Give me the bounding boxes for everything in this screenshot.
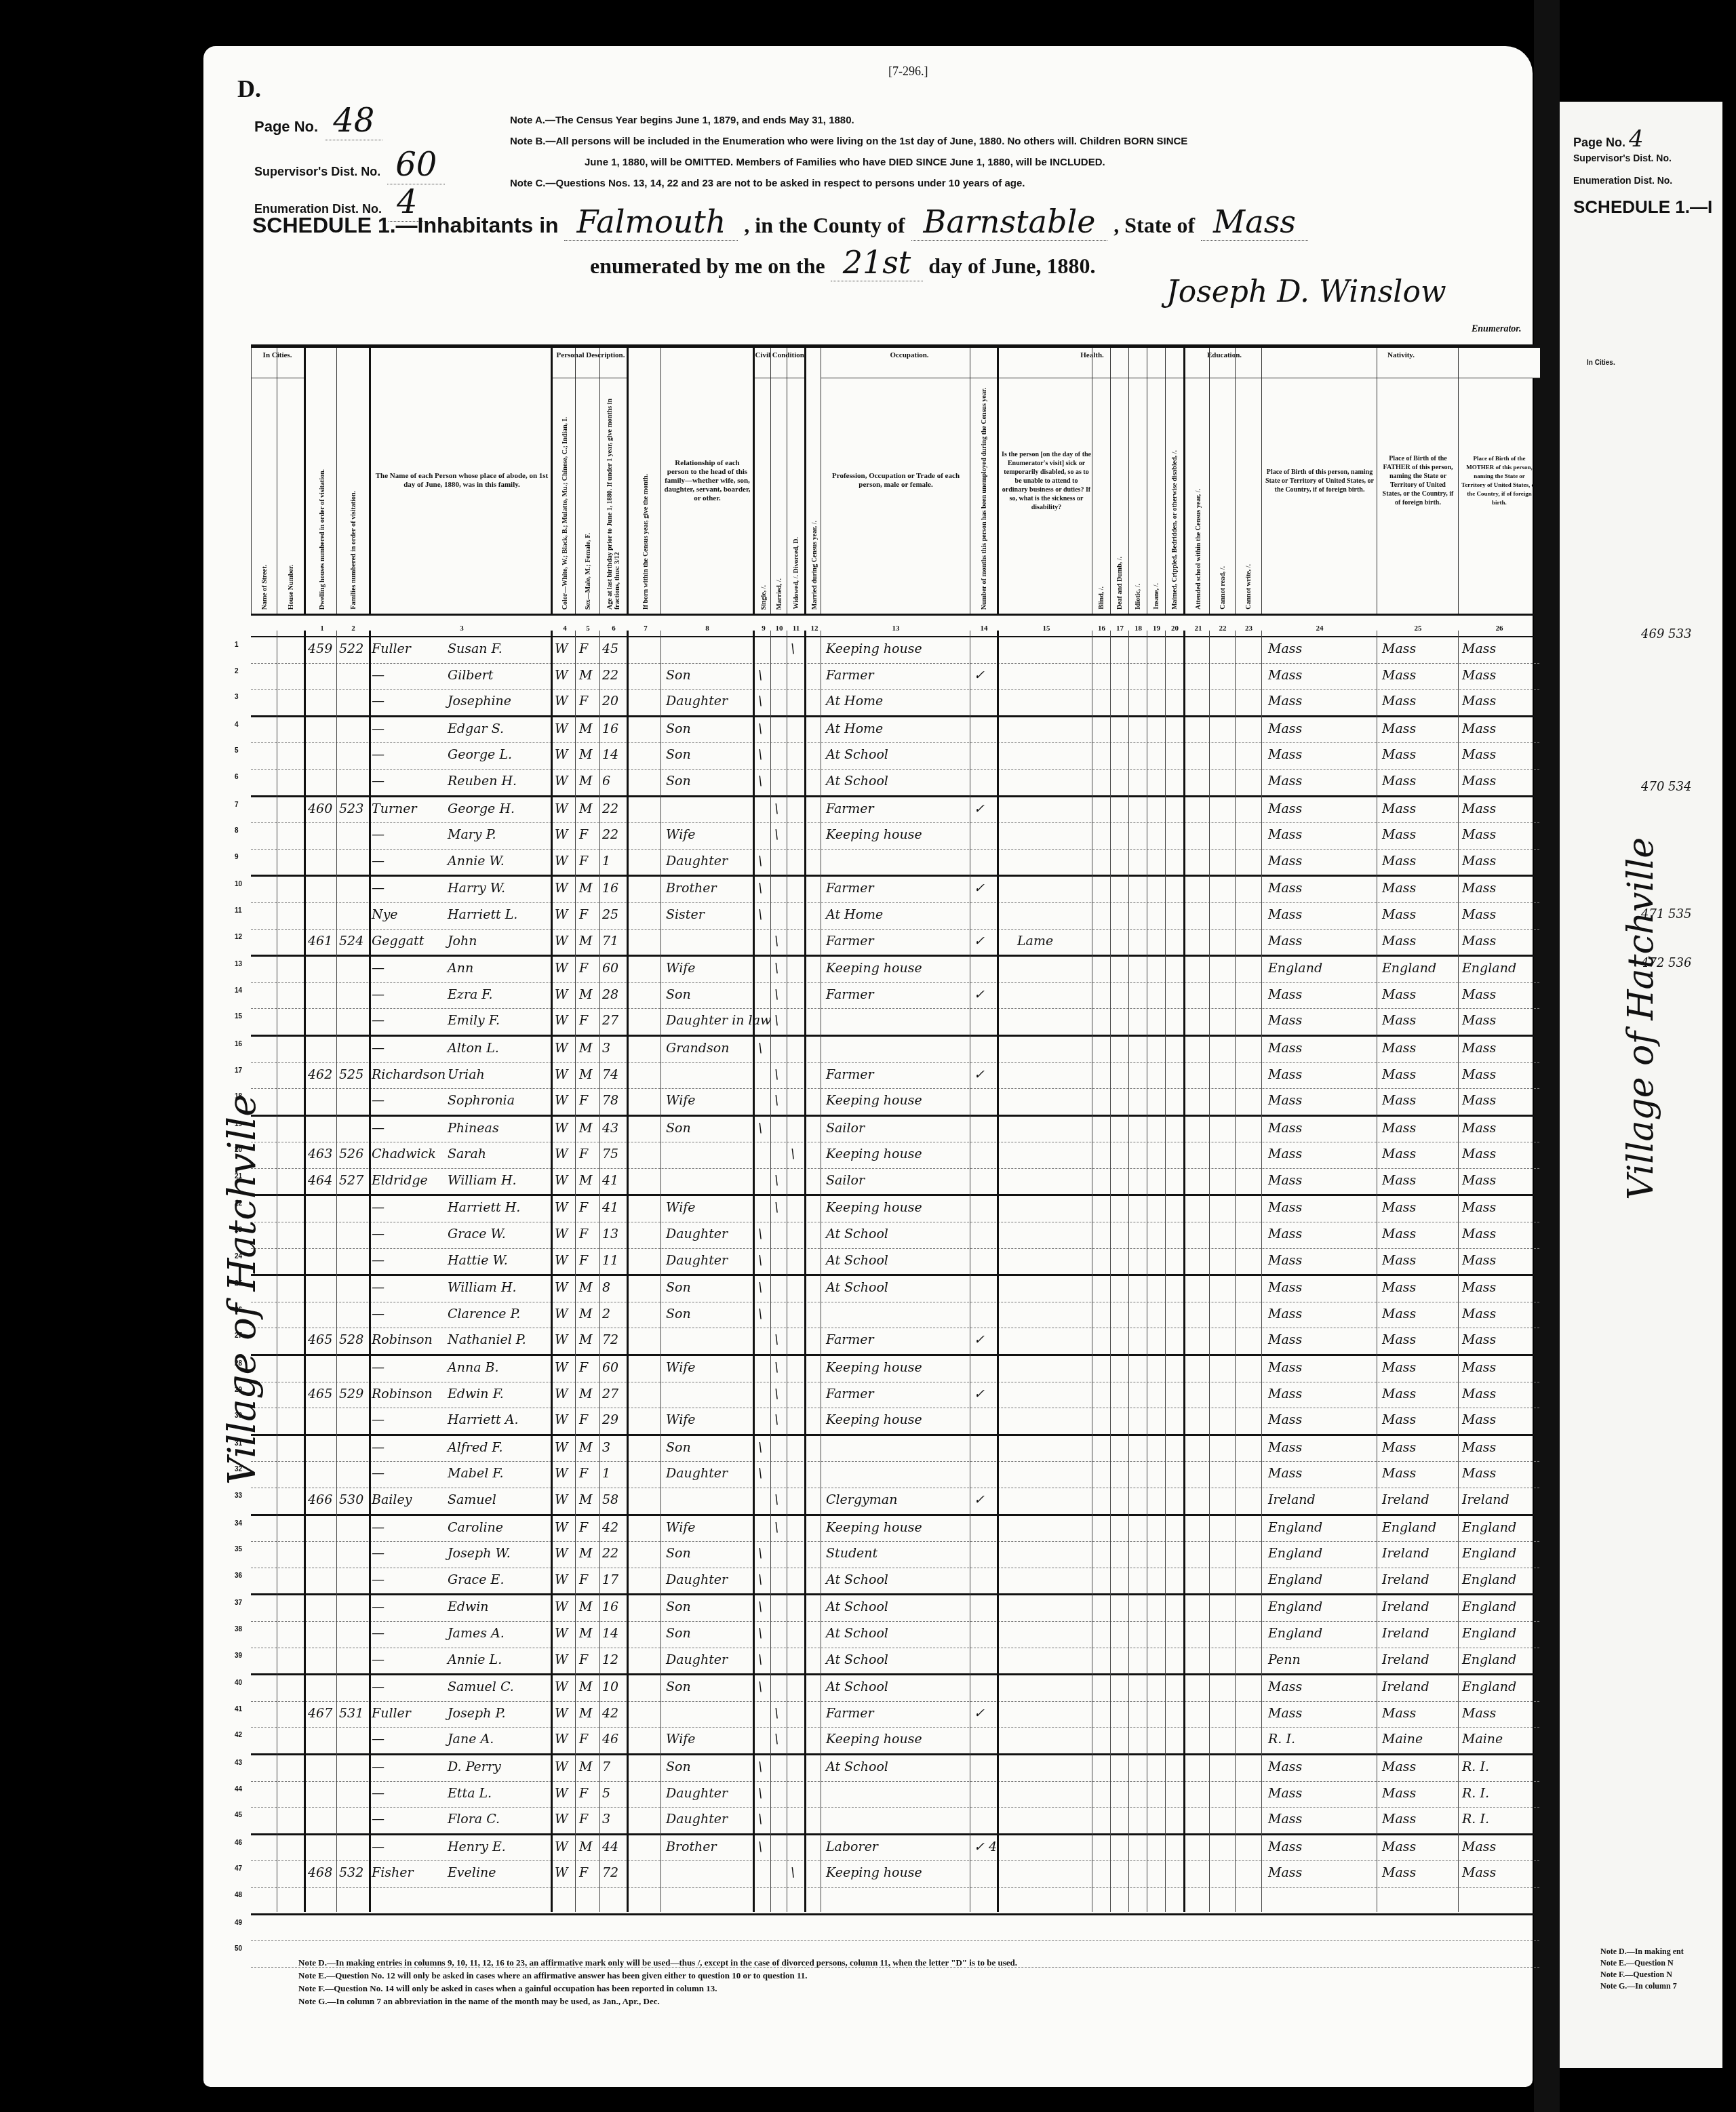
mother-birthplace: Mass bbox=[1462, 1307, 1496, 1321]
civil-condition-mark: \ bbox=[774, 1067, 778, 1082]
birthplace: Mass bbox=[1268, 934, 1302, 949]
civil-condition-mark: \ bbox=[758, 1440, 762, 1455]
color: W bbox=[555, 827, 568, 842]
col-dwelling: Dwelling houses numbered in order of vis… bbox=[304, 348, 338, 614]
birthplace: Mass bbox=[1268, 881, 1302, 896]
color: W bbox=[555, 1812, 568, 1827]
civil-condition-mark: \ bbox=[758, 747, 762, 762]
birthplace: Mass bbox=[1268, 1227, 1302, 1241]
sex: F bbox=[579, 1520, 588, 1535]
line-number: 8 bbox=[235, 827, 239, 835]
grid-line bbox=[627, 631, 629, 1912]
surname: Richardson bbox=[372, 1067, 446, 1082]
occupation: At Home bbox=[826, 721, 883, 736]
dwelling-number: 465 bbox=[308, 1387, 332, 1401]
birthplace: Mass bbox=[1268, 1387, 1302, 1401]
civil-condition-mark: \ bbox=[791, 641, 795, 656]
relationship: Son bbox=[666, 987, 691, 1002]
father-birthplace: Mass bbox=[1382, 747, 1416, 762]
mother-birthplace: Mass bbox=[1462, 1200, 1496, 1215]
surname: — bbox=[372, 1041, 384, 1056]
surname: — bbox=[372, 1812, 384, 1827]
color: W bbox=[555, 1839, 568, 1854]
relationship: Son bbox=[666, 1759, 691, 1774]
occupation: Keeping house bbox=[826, 1200, 922, 1215]
mother-birthplace: England bbox=[1462, 1652, 1516, 1667]
color: W bbox=[555, 907, 568, 922]
table-row: 24—Hattie W.WF11DaughterAt SchoolMassMas… bbox=[251, 1249, 1539, 1277]
mother-birthplace: England bbox=[1462, 1599, 1516, 1614]
age: 3 bbox=[602, 1812, 610, 1827]
father-birthplace: Mass bbox=[1382, 1307, 1416, 1321]
occupation: Keeping house bbox=[826, 1865, 922, 1880]
given-name: Harriett A. bbox=[448, 1412, 518, 1427]
color: W bbox=[555, 1679, 568, 1694]
sex: F bbox=[579, 641, 588, 656]
table-row: 31—Alfred F.WM3SonMassMassMass\ bbox=[251, 1436, 1539, 1462]
surname: — bbox=[372, 1227, 384, 1241]
relationship: Son bbox=[666, 1626, 691, 1641]
col-attended-school: Attended school within the Census year, … bbox=[1183, 348, 1211, 614]
father-birthplace: Mass bbox=[1382, 668, 1416, 683]
given-name: George L. bbox=[448, 747, 512, 762]
family-number: 523 bbox=[339, 801, 363, 816]
col-birth-month: If born within the Census year, give the… bbox=[627, 348, 663, 614]
civil-condition-mark: \ bbox=[758, 668, 762, 683]
family-number: 522 bbox=[339, 641, 363, 656]
color: W bbox=[555, 774, 568, 789]
color: W bbox=[555, 1041, 568, 1056]
col-deaf-dumb: Deaf and Dumb, /.17 bbox=[1110, 348, 1129, 614]
state-value: Mass bbox=[1201, 203, 1308, 241]
birthplace: Mass bbox=[1268, 1013, 1302, 1028]
unemployed-mark: ✓ bbox=[974, 934, 985, 949]
line-number: 9 bbox=[235, 854, 239, 861]
given-name: James A. bbox=[448, 1626, 505, 1641]
surname: Eldridge bbox=[372, 1173, 428, 1188]
father-birthplace: Mass bbox=[1382, 1013, 1416, 1028]
dwelling-number: 464 bbox=[308, 1173, 332, 1188]
given-name: George H. bbox=[448, 801, 515, 816]
relationship: Wife bbox=[666, 1360, 696, 1375]
birthplace: Mass bbox=[1268, 1440, 1302, 1455]
table-row: 16—Alton L.WM3GrandsonMassMassMass\ bbox=[251, 1037, 1539, 1063]
civil-condition-mark: \ bbox=[774, 1200, 778, 1215]
father-birthplace: Mass bbox=[1382, 1173, 1416, 1188]
occupation: Sailor bbox=[826, 1121, 865, 1136]
occupation: Farmer bbox=[826, 934, 874, 949]
surname: — bbox=[372, 1093, 384, 1108]
color: W bbox=[555, 1332, 568, 1347]
grid-line bbox=[753, 631, 755, 1912]
birthplace: Mass bbox=[1268, 1121, 1302, 1136]
table-row: 39—Annie L.WF12DaughterAt SchoolPennIrel… bbox=[251, 1648, 1539, 1676]
sex: F bbox=[579, 1360, 588, 1375]
occupation: Keeping house bbox=[826, 1360, 922, 1375]
sex: F bbox=[579, 827, 588, 842]
surname: — bbox=[372, 668, 384, 683]
line-number: 1 bbox=[235, 641, 239, 649]
color: W bbox=[555, 1067, 568, 1082]
civil-condition-mark: \ bbox=[758, 907, 762, 922]
occupation: At School bbox=[826, 747, 888, 762]
age: 78 bbox=[602, 1093, 618, 1108]
father-birthplace: Ireland bbox=[1382, 1679, 1429, 1694]
occupation: At Home bbox=[826, 694, 883, 709]
grid-line bbox=[821, 631, 821, 1912]
father-birthplace: Mass bbox=[1382, 1200, 1416, 1215]
father-birthplace: Mass bbox=[1382, 721, 1416, 736]
age: 28 bbox=[602, 987, 618, 1002]
line-number: 34 bbox=[235, 1520, 242, 1528]
sex: F bbox=[579, 1147, 588, 1161]
father-birthplace: Maine bbox=[1382, 1732, 1423, 1747]
grid-line bbox=[970, 631, 970, 1912]
civil-condition-mark: \ bbox=[758, 1121, 762, 1136]
line-number: 45 bbox=[235, 1812, 242, 1819]
civil-condition-mark: \ bbox=[758, 881, 762, 896]
color: W bbox=[555, 881, 568, 896]
given-name: Susan F. bbox=[448, 641, 502, 656]
age: 6 bbox=[602, 774, 610, 789]
table-row: 33466530BaileySamuelWM58Clergyman✓Irelan… bbox=[251, 1488, 1539, 1516]
table-row: 13—AnnWF60WifeKeeping houseEnglandEnglan… bbox=[251, 957, 1539, 983]
father-birthplace: Mass bbox=[1382, 1412, 1416, 1427]
surname: — bbox=[372, 1599, 384, 1614]
father-birthplace: Mass bbox=[1382, 1440, 1416, 1455]
civil-condition-mark: \ bbox=[774, 1093, 778, 1108]
given-name: Jane A. bbox=[448, 1732, 494, 1747]
father-birthplace: Mass bbox=[1382, 1812, 1416, 1827]
dwelling-number: 462 bbox=[308, 1067, 332, 1082]
given-name: Harriett L. bbox=[448, 907, 517, 922]
sex: F bbox=[579, 1412, 588, 1427]
surname: Fisher bbox=[372, 1865, 414, 1880]
father-birthplace: Mass bbox=[1382, 1067, 1416, 1082]
sex: M bbox=[579, 1173, 592, 1188]
family-number: 530 bbox=[339, 1492, 363, 1507]
grid-line bbox=[1183, 631, 1185, 1912]
birthplace: Mass bbox=[1268, 1173, 1302, 1188]
birthplace: Mass bbox=[1268, 1332, 1302, 1347]
birthplace: Mass bbox=[1268, 1147, 1302, 1161]
relationship: Son bbox=[666, 1599, 691, 1614]
mother-birthplace: Mass bbox=[1462, 1013, 1496, 1028]
civil-condition-mark: \ bbox=[791, 1147, 795, 1161]
table-row: 22—Harriett H.WF41WifeKeeping houseMassM… bbox=[251, 1196, 1539, 1222]
age: 12 bbox=[602, 1652, 618, 1667]
unemployed-mark: ✓ bbox=[974, 1706, 985, 1721]
line-number: 2 bbox=[235, 668, 239, 675]
table-row: 19—PhineasWM43SonSailorMassMassMass\ bbox=[251, 1117, 1539, 1143]
table-row: 35—Joseph W.WM22SonStudentEnglandIreland… bbox=[251, 1542, 1539, 1568]
form-code: [7-296.] bbox=[888, 64, 928, 79]
adjacent-enumeration-label: Enumeration Dist. No. bbox=[1573, 175, 1672, 186]
grid-line bbox=[304, 631, 306, 1912]
given-name: Samuel C. bbox=[448, 1679, 514, 1694]
mother-birthplace: Mass bbox=[1462, 1067, 1496, 1082]
age: 17 bbox=[602, 1572, 618, 1587]
family-number: 527 bbox=[339, 1173, 363, 1188]
col-occupation: Profession, Occupation or Trade of each … bbox=[821, 348, 970, 614]
color: W bbox=[555, 1572, 568, 1587]
age: 75 bbox=[602, 1147, 618, 1161]
occupation: Keeping house bbox=[826, 1520, 922, 1535]
civil-condition-mark: \ bbox=[774, 1387, 778, 1401]
birthplace: England bbox=[1268, 1626, 1322, 1641]
table-row: 7460523TurnerGeorge H.WM22Farmer✓MassMas… bbox=[251, 797, 1539, 824]
line-number: 10 bbox=[235, 881, 242, 888]
age: 1 bbox=[602, 854, 610, 869]
col-sickness: Is the person [on the day of the Enumera… bbox=[997, 348, 1094, 614]
sex: M bbox=[579, 1759, 592, 1774]
given-name: Anna B. bbox=[448, 1360, 499, 1375]
relationship: Daughter bbox=[666, 854, 728, 869]
line-number: 39 bbox=[235, 1652, 242, 1660]
col-age: Age at last birthday prior to June 1, 18… bbox=[599, 348, 627, 614]
occupation: Keeping house bbox=[826, 961, 922, 976]
color: W bbox=[555, 1520, 568, 1535]
civil-condition-mark: \ bbox=[758, 1759, 762, 1774]
mother-birthplace: Mass bbox=[1462, 1280, 1496, 1295]
surname: — bbox=[372, 747, 384, 762]
sex: M bbox=[579, 1492, 592, 1507]
surname: — bbox=[372, 1679, 384, 1694]
sex: M bbox=[579, 1440, 592, 1455]
line-number: 46 bbox=[235, 1839, 242, 1847]
table-row: 10—Harry W.WM16BrotherFarmer✓MassMassMas… bbox=[251, 877, 1539, 903]
surname: — bbox=[372, 1652, 384, 1667]
surname: — bbox=[372, 1572, 384, 1587]
color: W bbox=[555, 934, 568, 949]
occupation: Farmer bbox=[826, 1067, 874, 1082]
mother-birthplace: Mass bbox=[1462, 1865, 1496, 1880]
relationship: Wife bbox=[666, 1093, 696, 1108]
occupation: At School bbox=[826, 1626, 888, 1641]
age: 20 bbox=[602, 694, 618, 709]
table-row: 29465529RobinsonEdwin F.WM27Farmer✓MassM… bbox=[251, 1382, 1539, 1409]
given-name: Samuel bbox=[448, 1492, 496, 1507]
header-notes: Note A.—The Census Year begins June 1, 1… bbox=[510, 110, 1493, 194]
mother-birthplace: England bbox=[1462, 1626, 1516, 1641]
occupation: At School bbox=[826, 1759, 888, 1774]
birthplace: Mass bbox=[1268, 854, 1302, 869]
given-name: Annie W. bbox=[448, 854, 505, 869]
line-number: 16 bbox=[235, 1041, 242, 1048]
father-birthplace: Mass bbox=[1382, 694, 1416, 709]
civil-condition-mark: \ bbox=[758, 774, 762, 789]
birthplace: England bbox=[1268, 1546, 1322, 1561]
civil-condition-mark: \ bbox=[758, 1572, 762, 1587]
birthplace: Mass bbox=[1268, 1067, 1302, 1082]
grid-line bbox=[660, 631, 661, 1912]
family-number: 524 bbox=[339, 934, 363, 949]
grid-line bbox=[599, 631, 600, 1912]
line-number: 12 bbox=[235, 934, 242, 941]
age: 16 bbox=[602, 721, 618, 736]
surname: Geggatt bbox=[372, 934, 424, 949]
table-row: 30—Harriett A.WF29WifeKeeping houseMassM… bbox=[251, 1408, 1539, 1436]
civil-condition-mark: \ bbox=[774, 1332, 778, 1347]
civil-condition-mark: \ bbox=[774, 961, 778, 976]
occupation: At School bbox=[826, 1227, 888, 1241]
mother-birthplace: Mass bbox=[1462, 1466, 1496, 1481]
sex: F bbox=[579, 1732, 588, 1747]
sex: M bbox=[579, 881, 592, 896]
enumerator-label: Enumerator. bbox=[1472, 324, 1522, 335]
adjacent-notes: Note D.—In making ent Note E.—Question N… bbox=[1600, 1946, 1684, 1992]
relationship: Son bbox=[666, 1280, 691, 1295]
table-row: 14—Ezra F.WM28SonFarmer✓MassMassMass\ bbox=[251, 983, 1539, 1010]
surname: — bbox=[372, 1759, 384, 1774]
civil-condition-mark: \ bbox=[758, 694, 762, 709]
given-name: William H. bbox=[448, 1280, 517, 1295]
col-widowed: Widowed, /. Divorced, D.11 bbox=[787, 348, 805, 614]
occupation: Farmer bbox=[826, 987, 874, 1002]
table-row: 11NyeHarriett L.WF25SisterAt HomeMassMas… bbox=[251, 903, 1539, 930]
line-number: 3 bbox=[235, 694, 239, 701]
birthplace: Mass bbox=[1268, 1786, 1302, 1801]
col-birthplace: Place of Birth of this person, naming St… bbox=[1261, 348, 1377, 614]
birthplace: Mass bbox=[1268, 1280, 1302, 1295]
grid-line bbox=[1165, 631, 1166, 1912]
given-name: Etta L. bbox=[448, 1786, 492, 1801]
unemployed-mark: ✓ bbox=[974, 1067, 985, 1082]
sex: F bbox=[579, 694, 588, 709]
adjacent-margin-annotation: Village of Hatchville bbox=[1621, 837, 1661, 1200]
mother-birthplace: England bbox=[1462, 1679, 1516, 1694]
col-married: Married, /.10 bbox=[770, 348, 787, 614]
footer-notes: Note D.—In making entries in columns 9, … bbox=[298, 1956, 1282, 2008]
birthplace: Mass bbox=[1268, 1307, 1302, 1321]
surname: — bbox=[372, 721, 384, 736]
relationship: Daughter bbox=[666, 1786, 728, 1801]
mother-birthplace: R. I. bbox=[1462, 1812, 1489, 1827]
town-value: Falmouth bbox=[564, 203, 738, 241]
civil-condition-mark: \ bbox=[758, 1307, 762, 1321]
birthplace: England bbox=[1268, 1520, 1322, 1535]
adjacent-entry: 469 533 bbox=[1641, 627, 1691, 641]
color: W bbox=[555, 1387, 568, 1401]
table-row: 17462525RichardsonUriahWM74Farmer✓MassMa… bbox=[251, 1063, 1539, 1090]
unemployed-mark: ✓ bbox=[974, 1492, 985, 1507]
birthplace: Mass bbox=[1268, 987, 1302, 1002]
mother-birthplace: Mass bbox=[1462, 1227, 1496, 1241]
civil-condition-mark: \ bbox=[758, 1626, 762, 1641]
unemployed-mark: ✓ bbox=[974, 801, 985, 816]
grid-line bbox=[1539, 631, 1541, 1912]
civil-condition-mark: \ bbox=[774, 1732, 778, 1747]
mother-birthplace: England bbox=[1462, 1520, 1516, 1535]
surname: — bbox=[372, 1200, 384, 1215]
relationship: Wife bbox=[666, 961, 696, 976]
line-number: 7 bbox=[235, 801, 239, 809]
relationship: Daughter bbox=[666, 1652, 728, 1667]
civil-condition-mark: \ bbox=[758, 1466, 762, 1481]
age: 42 bbox=[602, 1706, 618, 1721]
age: 27 bbox=[602, 1013, 618, 1028]
grid-line bbox=[575, 631, 576, 1912]
col-color: Color—White, W.; Black, B.; Mulatto, Mu.… bbox=[551, 348, 577, 614]
sex: M bbox=[579, 668, 592, 683]
relationship: Son bbox=[666, 747, 691, 762]
page-number-value: 48 bbox=[325, 102, 382, 140]
col-single: Single, /.9 bbox=[753, 348, 772, 614]
grid-line bbox=[787, 631, 787, 1912]
color: W bbox=[555, 1200, 568, 1215]
civil-condition-mark: \ bbox=[758, 1227, 762, 1241]
line-number: 41 bbox=[235, 1706, 242, 1713]
surname: — bbox=[372, 694, 384, 709]
col-blind: Blind, /.16 bbox=[1092, 348, 1111, 614]
age: 27 bbox=[602, 1387, 618, 1401]
dwelling-number: 468 bbox=[308, 1865, 332, 1880]
color: W bbox=[555, 801, 568, 816]
color: W bbox=[555, 1093, 568, 1108]
birthplace: R. I. bbox=[1268, 1732, 1295, 1747]
surname: — bbox=[372, 854, 384, 869]
birthplace: Mass bbox=[1268, 801, 1302, 816]
color: W bbox=[555, 1412, 568, 1427]
civil-condition-mark: \ bbox=[758, 721, 762, 736]
age: 25 bbox=[602, 907, 618, 922]
given-name: Harry W. bbox=[448, 881, 505, 896]
age: 71 bbox=[602, 934, 618, 949]
mother-birthplace: Mass bbox=[1462, 827, 1496, 842]
sex: M bbox=[579, 1121, 592, 1136]
father-birthplace: Ireland bbox=[1382, 1652, 1429, 1667]
civil-condition-mark: \ bbox=[758, 1839, 762, 1854]
line-number: 6 bbox=[235, 774, 239, 781]
birthplace: Mass bbox=[1268, 1759, 1302, 1774]
family-number: 529 bbox=[339, 1387, 363, 1401]
table-row: 48 bbox=[251, 1888, 1539, 1915]
col-unemployed: Number of months this person has been un… bbox=[970, 348, 998, 614]
given-name: Caroline bbox=[448, 1520, 503, 1535]
civil-condition-mark: \ bbox=[758, 1041, 762, 1056]
sex: F bbox=[579, 1812, 588, 1827]
mother-birthplace: Mass bbox=[1462, 1147, 1496, 1161]
sex: F bbox=[579, 1093, 588, 1108]
father-birthplace: Mass bbox=[1382, 1121, 1416, 1136]
table-row: 49 bbox=[251, 1915, 1539, 1942]
margin-annotation: Village of Hatchville bbox=[220, 1094, 264, 1485]
birthplace: Penn bbox=[1268, 1652, 1301, 1667]
given-name: Joseph P. bbox=[448, 1706, 505, 1721]
table-row: 41467531FullerJoseph P.WM42Farmer✓MassMa… bbox=[251, 1702, 1539, 1728]
relationship: Son bbox=[666, 1121, 691, 1136]
color: W bbox=[555, 961, 568, 976]
surname: — bbox=[372, 987, 384, 1002]
age: 44 bbox=[602, 1839, 618, 1854]
civil-condition-mark: \ bbox=[774, 1013, 778, 1028]
note-b-cont: June 1, 1880, will be OMITTED. Members o… bbox=[510, 152, 1493, 173]
unemployed-mark: ✓ 4 bbox=[974, 1839, 997, 1854]
table-row: 40—Samuel C.WM10SonAt SchoolMassIrelandE… bbox=[251, 1675, 1539, 1702]
father-birthplace: Mass bbox=[1382, 881, 1416, 896]
relationship: Son bbox=[666, 1546, 691, 1561]
given-name: Reuben H. bbox=[448, 774, 517, 789]
table-row: 28—Anna B.WF60WifeKeeping houseMassMassM… bbox=[251, 1356, 1539, 1382]
age: 74 bbox=[602, 1067, 618, 1082]
adjacent-in-cities: In Cities. bbox=[1587, 359, 1615, 367]
table-row: 2—GilbertWM22SonFarmer✓MassMassMass\ bbox=[251, 664, 1539, 690]
grid-line bbox=[336, 631, 337, 1912]
sex: M bbox=[579, 1546, 592, 1561]
line-number: 33 bbox=[235, 1492, 242, 1500]
father-birthplace: Mass bbox=[1382, 1093, 1416, 1108]
color: W bbox=[555, 1173, 568, 1188]
